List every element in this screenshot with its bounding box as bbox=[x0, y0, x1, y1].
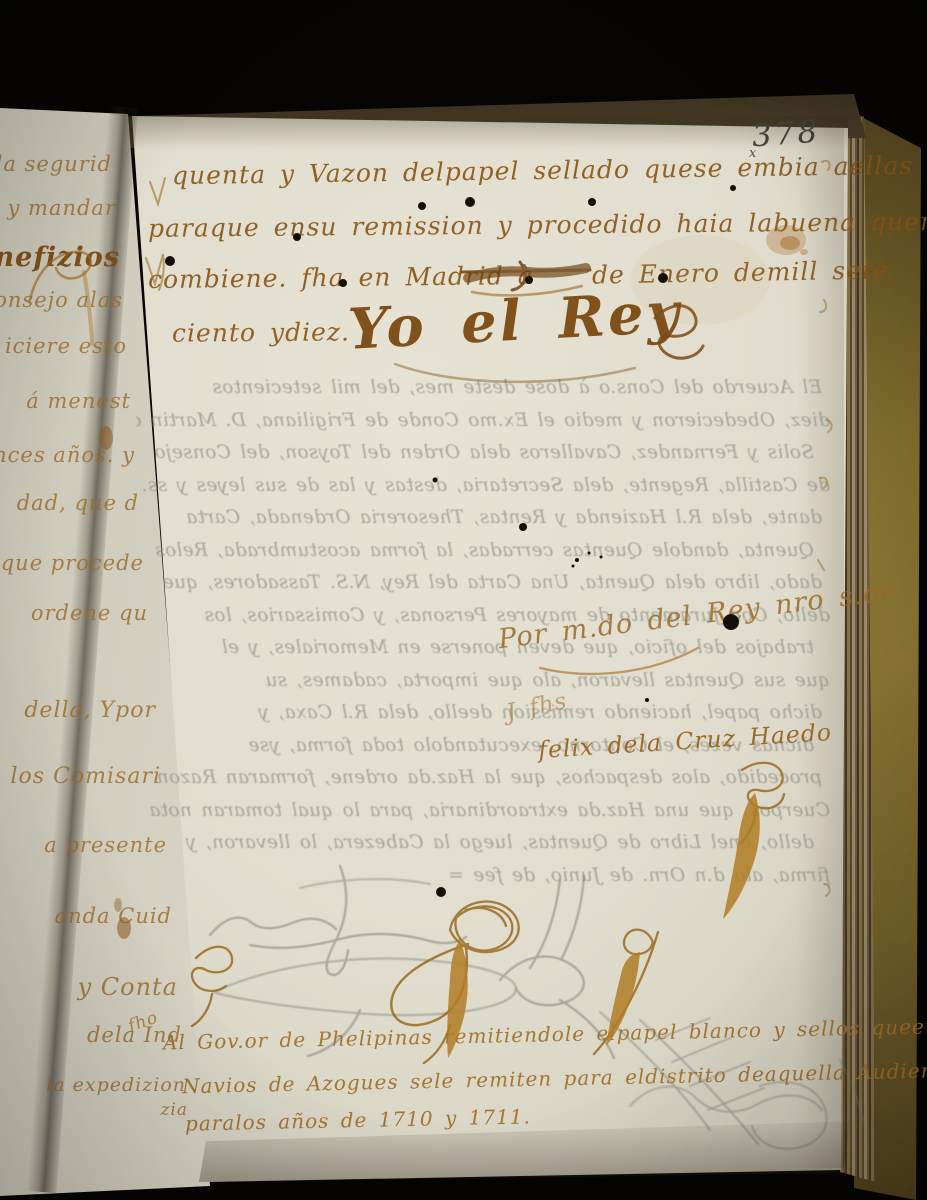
photo-vignette bbox=[0, 0, 927, 1200]
manuscript-photo: toda segurid os. y mandar Venefizios ons… bbox=[0, 0, 927, 1200]
